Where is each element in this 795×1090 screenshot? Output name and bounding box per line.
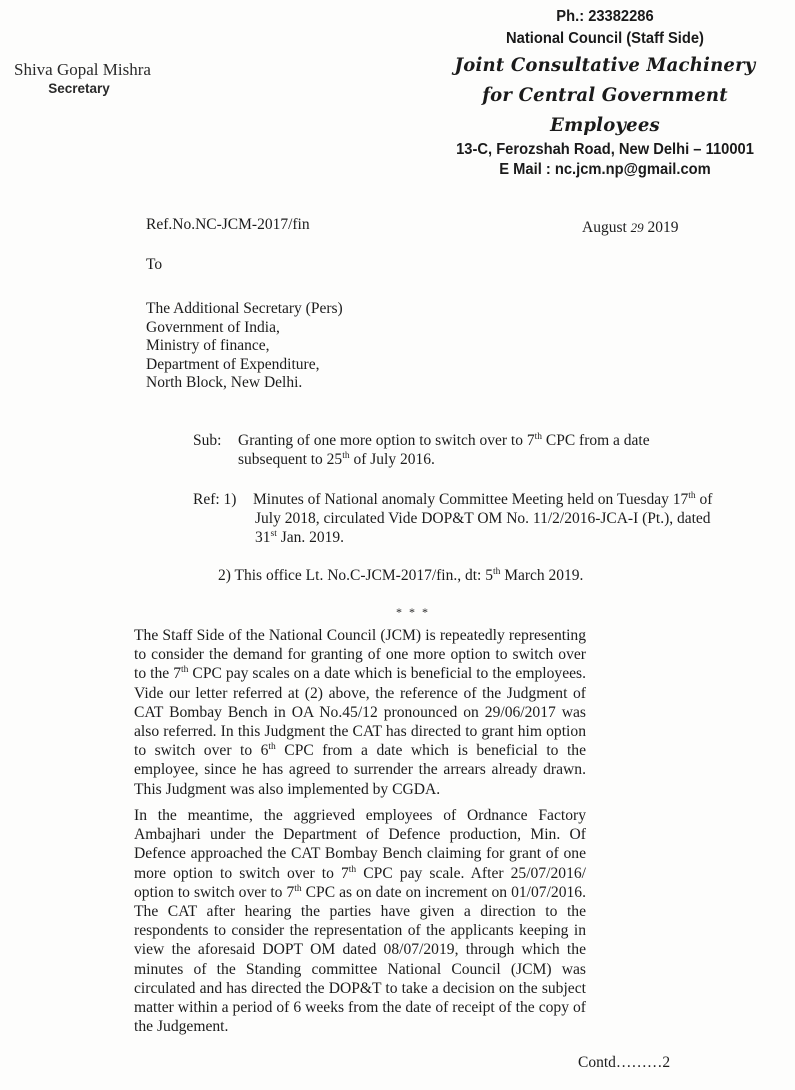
addressee-line: Ministry of finance, <box>146 337 343 356</box>
body-paragraph-1: The Staff Side of the National Council (… <box>134 626 586 799</box>
reference-2: 2) This office Lt. No.C-JCM-2017/fin., d… <box>218 567 583 585</box>
addressee-line: Department of Expenditure, <box>146 356 343 375</box>
date-year: 2019 <box>648 219 679 236</box>
sender-block: Shiva Gopal Mishra Secretary <box>14 60 144 96</box>
body-paragraph-2: In the meantime, the aggrieved employees… <box>134 806 586 1036</box>
addressee-line: The Additional Secretary (Pers) <box>146 300 343 319</box>
org-email: E Mail : nc.jcm.np@gmail.com <box>435 160 775 180</box>
sender-title: Secretary <box>14 81 144 96</box>
org-name-line-1: Joint Consultative Machinery <box>429 50 781 80</box>
org-council: National Council (Staff Side) <box>435 28 775 50</box>
references-label: Ref: 1) <box>193 490 238 547</box>
addressee-line: North Block, New Delhi. <box>146 374 343 393</box>
org-phone: Ph.: 23382286 <box>435 6 775 28</box>
section-separator: * * * <box>396 605 430 620</box>
letter-date: August 29 2019 <box>582 219 679 237</box>
reference-1: Ref: 1) Minutes of National anomaly Comm… <box>193 490 715 547</box>
addressee-block: The Additional Secretary (Pers) Governme… <box>146 300 343 393</box>
addressee-line: Government of India, <box>146 319 343 338</box>
reference-number: Ref.No.NC-JCM-2017/fin <box>146 216 310 234</box>
references-block: Ref: 1) Minutes of National anomaly Comm… <box>193 490 715 547</box>
subject-block: Sub: Granting of one more option to swit… <box>193 431 708 469</box>
salutation-to: To <box>146 256 162 274</box>
sender-name: Shiva Gopal Mishra <box>14 60 144 80</box>
letter-page: Shiva Gopal Mishra Secretary Ph.: 233822… <box>0 0 795 1090</box>
org-address: 13-C, Ferozshah Road, New Delhi – 110001 <box>435 140 775 160</box>
continued-marker: Contd………2 <box>578 1054 670 1072</box>
organization-letterhead: Ph.: 23382286 National Council (Staff Si… <box>420 6 790 180</box>
subject-text: Granting of one more option to switch ov… <box>238 431 708 469</box>
subject-label: Sub: <box>193 431 238 469</box>
org-name-line-2: for Central Government Employees <box>429 80 781 140</box>
date-month: August <box>582 219 627 236</box>
date-day: 29 <box>631 220 644 235</box>
reference-1-text: Minutes of National anomaly Committee Me… <box>238 490 715 547</box>
